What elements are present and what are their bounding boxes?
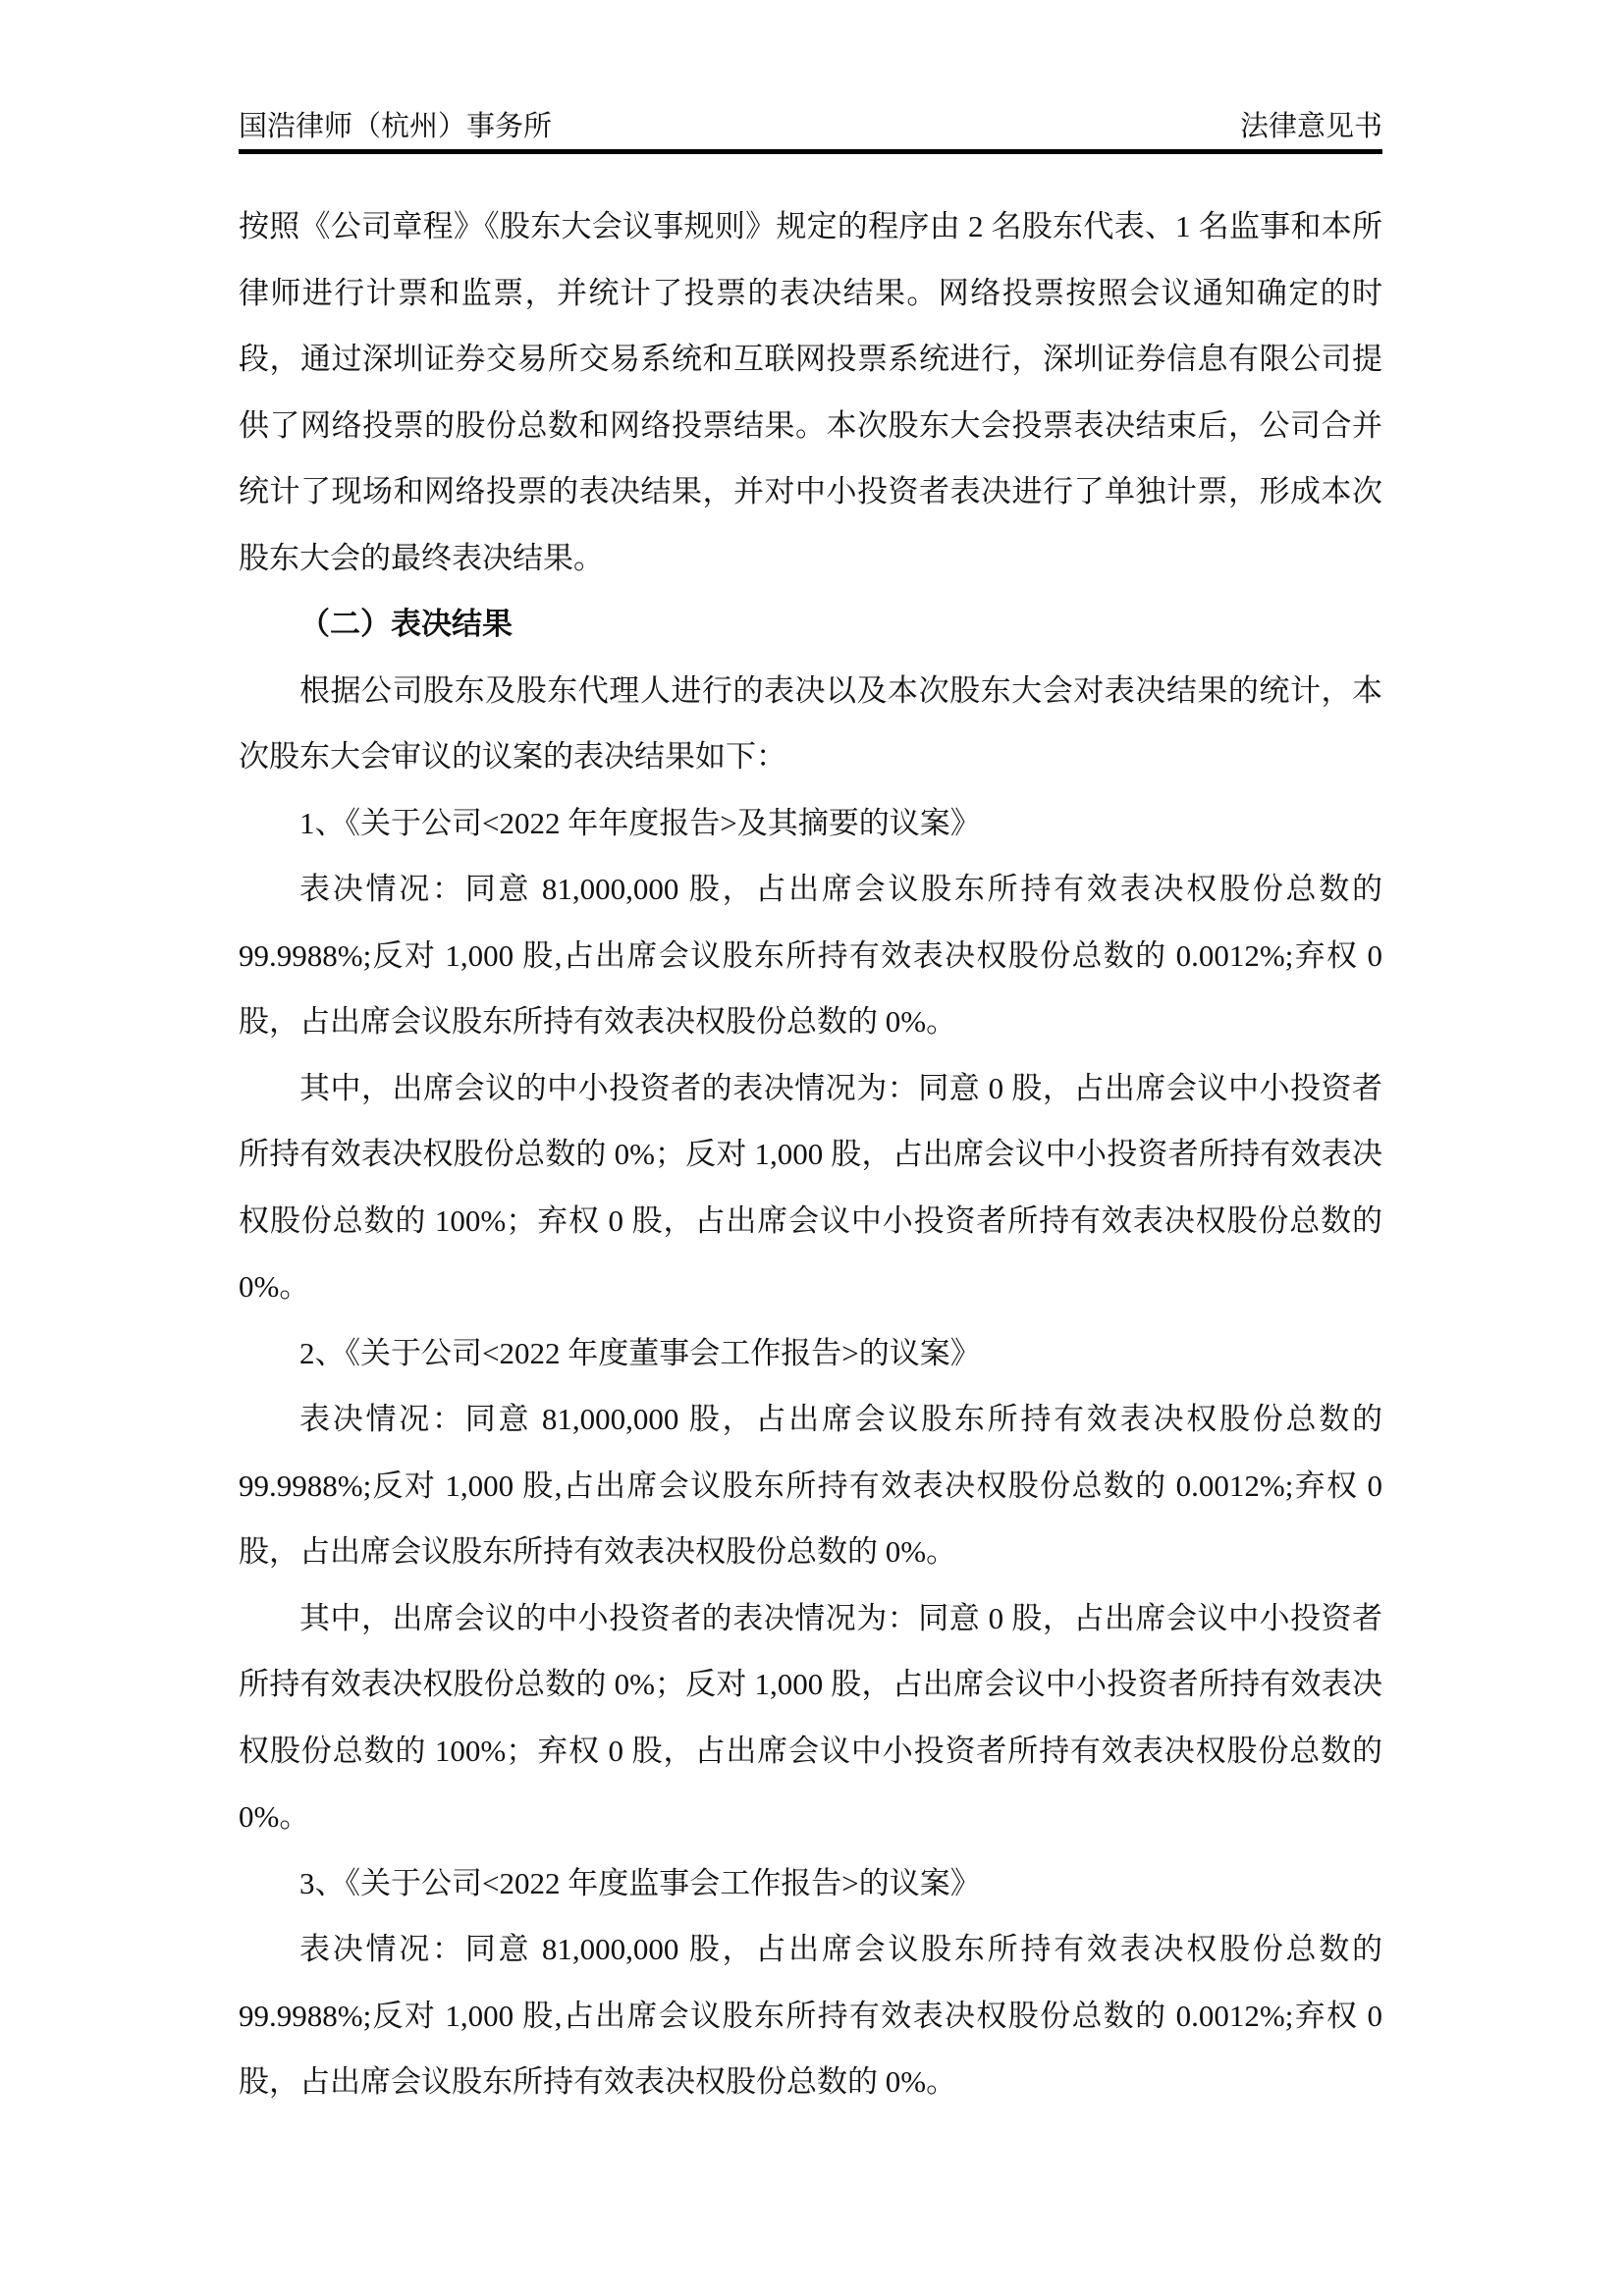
item-2-title: 2、《关于公司<2022 年度董事会工作报告>的议案》 [239, 1320, 1382, 1387]
document-body: 按照《公司章程》《股东大会议事规则》规定的程序由 2 名股东代表、1 名监事和本… [239, 193, 1382, 2115]
document-type-label: 法律意见书 [1240, 110, 1382, 143]
item-2-minority-vote-summary: 其中，出席会议的中小投资者的表决情况为：同意 0 股，占出席会议中小投资者所持有… [239, 1585, 1382, 1850]
paragraph-results-intro: 根据公司股东及股东代理人进行的表决以及本次股东大会对表决结果的统计，本次股东大会… [239, 658, 1382, 790]
page-header: 国浩律师（杭州）事务所 法律意见书 [239, 110, 1382, 154]
item-1-title: 1、《关于公司<2022 年年度报告>及其摘要的议案》 [239, 790, 1382, 857]
item-1-vote-summary: 表决情况：同意 81,000,000 股，占出席会议股东所持有效表决权股份总数的… [239, 856, 1382, 1055]
document-page: 国浩律师（杭州）事务所 法律意见书 按照《公司章程》《股东大会议事规则》规定的程… [0, 0, 1623, 2296]
item-3-vote-summary: 表决情况：同意 81,000,000 股，占出席会议股东所持有效表决权股份总数的… [239, 1916, 1382, 2115]
item-3-title: 3、《关于公司<2022 年度监事会工作报告>的议案》 [239, 1850, 1382, 1917]
item-2-vote-summary: 表决情况：同意 81,000,000 股，占出席会议股东所持有效表决权股份总数的… [239, 1386, 1382, 1585]
item-1-minority-vote-summary: 其中，出席会议的中小投资者的表决情况为：同意 0 股，占出席会议中小投资者所持有… [239, 1055, 1382, 1320]
section-heading-voting-results: （二）表决结果 [239, 591, 1382, 658]
law-firm-name: 国浩律师（杭州）事务所 [239, 110, 552, 143]
paragraph-voting-procedure: 按照《公司章程》《股东大会议事规则》规定的程序由 2 名股东代表、1 名监事和本… [239, 193, 1382, 591]
